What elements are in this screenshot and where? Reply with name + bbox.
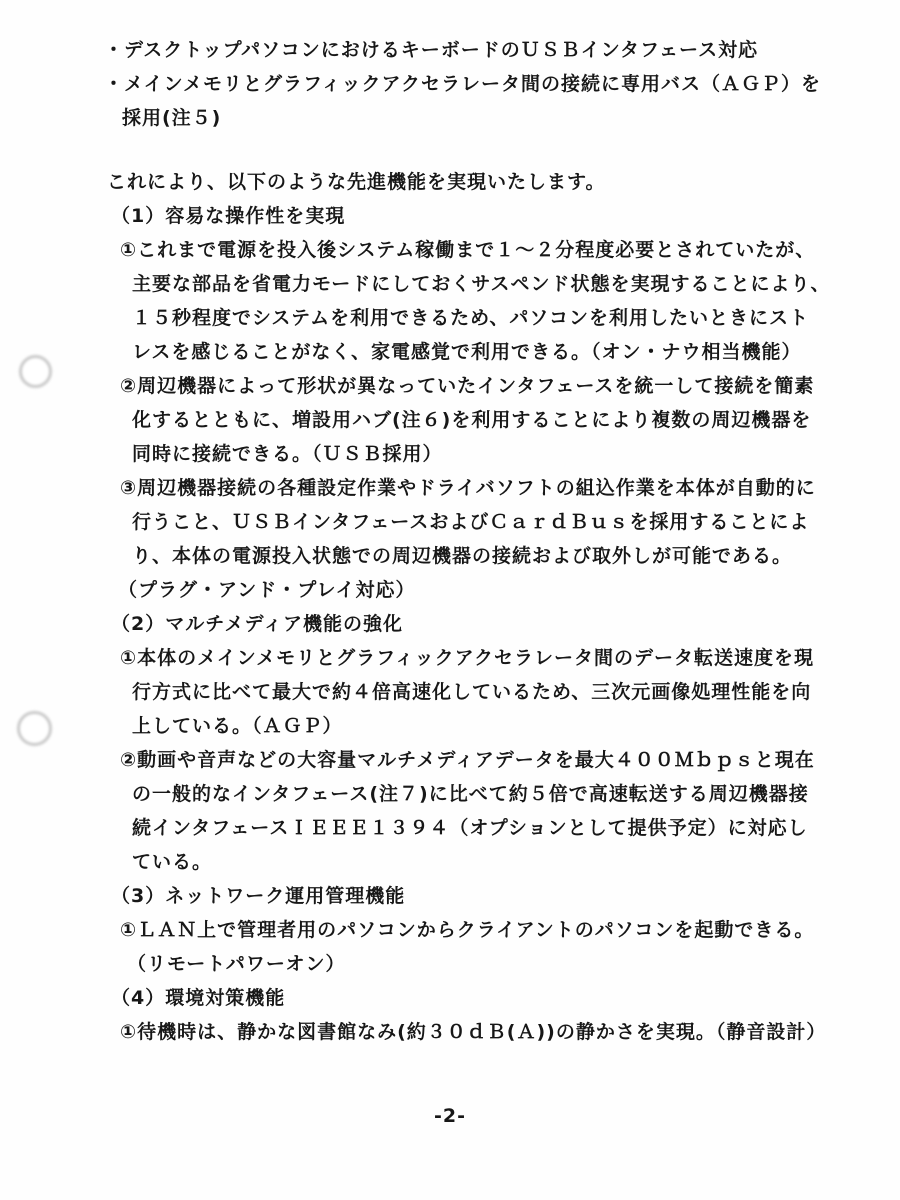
scanned-document-page: ・デスクトップパソコンにおけるキーボードのＵＳＢインタフェース対応・メインメモリ… <box>0 0 900 1200</box>
text-line: 同時に接続できる。（ＵＳＢ採用） <box>0 437 900 471</box>
text-line: ①ＬＡＮ上で管理者用のパソコンからクライアントのパソコンを起動できる。 <box>0 913 900 947</box>
text-line: 主要な部品を省電力モードにしておくサスペンド状態を実現することにより、 <box>0 267 900 301</box>
section-heading: （2）マルチメディア機能の強化 <box>0 607 900 641</box>
text-line: ・デスクトップパソコンにおけるキーボードのＵＳＢインタフェース対応 <box>0 33 900 67</box>
text-line: の一般的なインタフェース(注７)に比べて約５倍で高速転送する周辺機器接 <box>0 777 900 811</box>
text-line: り、本体の電源投入状態での周辺機器の接続および取外しが可能である。 <box>0 539 900 573</box>
text-line: 化するとともに、増設用ハブ(注６)を利用することにより複数の周辺機器を <box>0 403 900 437</box>
text-line: ②動画や音声などの大容量マルチメディアデータを最大４００Ｍｂｐｓと現在 <box>0 743 900 777</box>
document-body: ・デスクトップパソコンにおけるキーボードのＵＳＢインタフェース対応・メインメモリ… <box>0 33 900 1049</box>
section-heading: （1）容易な操作性を実現 <box>0 199 900 233</box>
text-line: ・メインメモリとグラフィックアクセラレータ間の接続に専用バス（ＡＧＰ）を <box>0 67 900 101</box>
text-line: ③周辺機器接続の各種設定作業やドライバソフトの組込作業を本体が自動的に <box>0 471 900 505</box>
text-line: ①これまで電源を投入後システム稼働まで１～２分程度必要とされていたが、 <box>0 233 900 267</box>
text-line: ②周辺機器によって形状が異なっていたインタフェースを統一して接続を簡素 <box>0 369 900 403</box>
text-line: ①本体のメインメモリとグラフィックアクセラレータ間のデータ転送速度を現 <box>0 641 900 675</box>
text-line: これにより、以下のような先進機能を実現いたします。 <box>0 165 900 199</box>
text-line: 採用(注５) <box>0 101 900 135</box>
section-heading: （4）環境対策機能 <box>0 981 900 1015</box>
text-line: １５秒程度でシステムを利用できるため、パソコンを利用したいときにスト <box>0 301 900 335</box>
text-line: （プラグ・アンド・プレイ対応） <box>0 573 900 607</box>
text-line: 行方式に比べて最大で約４倍高速化しているため、三次元画像処理性能を向 <box>0 675 900 709</box>
text-line: 続インタフェースＩＥＥＥ１３９４（オプションとして提供予定）に対応し <box>0 811 900 845</box>
page-number: -2- <box>0 1099 900 1133</box>
text-line: （リモートパワーオン） <box>0 947 900 981</box>
text-line: 行うこと、ＵＳＢインタフェースおよびＣａｒｄＢｕｓを採用することによ <box>0 505 900 539</box>
section-heading: （3）ネットワーク運用管理機能 <box>0 879 900 913</box>
text-line: 上している。（ＡＧＰ） <box>0 709 900 743</box>
text-line: ている。 <box>0 845 900 879</box>
text-line: レスを感じることがなく、家電感覚で利用できる。（オン・ナウ相当機能） <box>0 335 900 369</box>
text-line: ①待機時は、静かな図書館なみ(約３０ｄＢ(Ａ))の静かさを実現。（静音設計） <box>0 1015 900 1049</box>
